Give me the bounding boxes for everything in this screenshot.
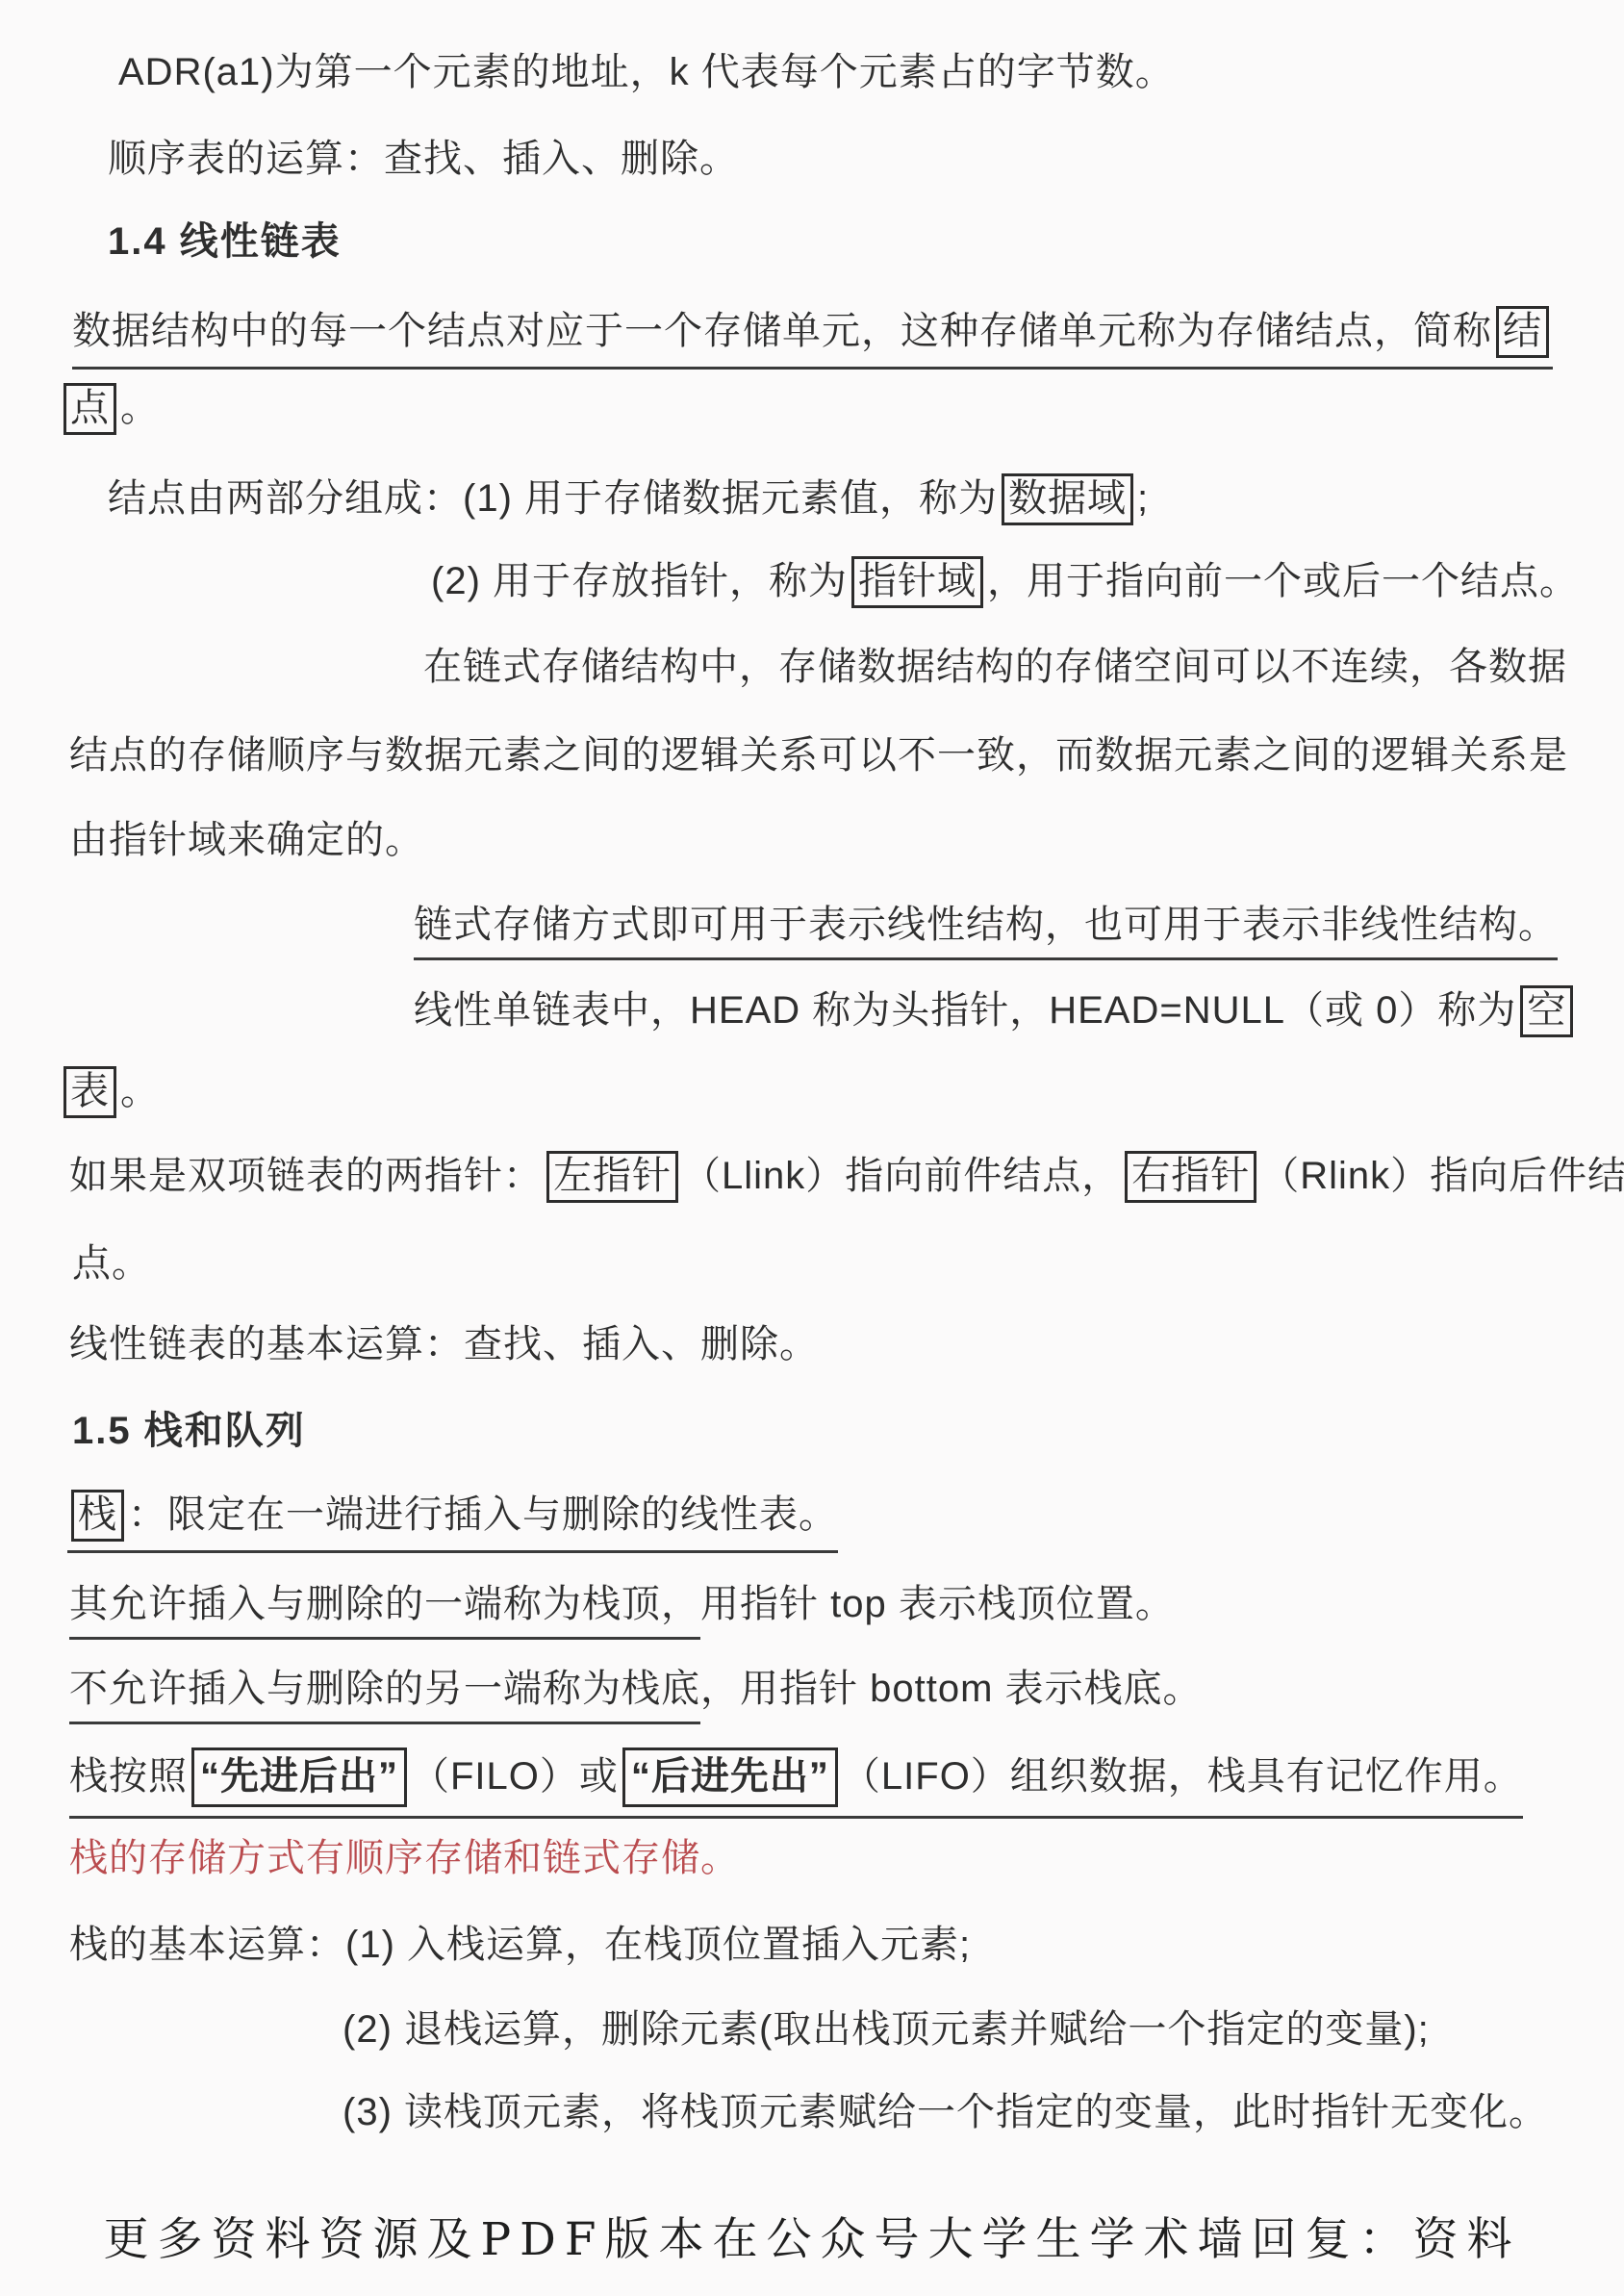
text-segment: ：限定在一端进行插入与删除的线性表。 bbox=[128, 1493, 838, 1536]
document-line: 点。 bbox=[72, 1239, 151, 1288]
text-segment: ，用指针 bottom 表示栈底。 bbox=[700, 1668, 1203, 1710]
document-line: ADR(a1)为第一个元素的地址，k 代表每个元素占的字节数。 bbox=[118, 48, 1175, 96]
document-line: 栈的基本运算：(1) 入栈运算，在栈顶位置插入元素; bbox=[69, 1921, 971, 1969]
text-segment: 栈的存储方式有顺序存储和链式存储。 bbox=[69, 1837, 740, 1879]
section-heading: 1.5 栈和队列 bbox=[72, 1407, 306, 1455]
text-segment: (2) 退栈运算，删除元素(取出栈顶元素并赋给一个指定的变量); bbox=[343, 2008, 1430, 2051]
text-segment: 由指针域来确定的。 bbox=[69, 819, 424, 861]
text-segment: 用指针 top 表示栈顶位置。 bbox=[700, 1583, 1175, 1625]
boxed-term: “后进先出” bbox=[622, 1748, 838, 1807]
document-line: 栈：限定在一端进行插入与删除的线性表。 bbox=[67, 1490, 838, 1553]
document-line: 线性单链表中，HEAD 称为头指针，HEAD=NULL（或 0）称为空 bbox=[414, 985, 1577, 1037]
document-page: ADR(a1)为第一个元素的地址，k 代表每个元素占的字节数。顺序表的运算：查找… bbox=[0, 0, 1624, 2296]
document-line: 数据结构中的每一个结点对应于一个存储单元，这种存储单元称为存储结点，简称结 bbox=[72, 306, 1553, 370]
text-segment: （Rlink）指向后件结 bbox=[1260, 1155, 1624, 1197]
document-line: 表。 bbox=[60, 1066, 160, 1118]
document-line: 栈按照“先进后出”（FILO）或“后进先出”（LIFO）组织数据，栈具有记忆作用… bbox=[69, 1748, 1523, 1819]
text-segment: 数据结构中的每一个结点对应于一个存储单元，这种存储单元称为存储结点，简称 bbox=[72, 310, 1492, 352]
underlined-passage: 数据结构中的每一个结点对应于一个存储单元，这种存储单元称为存储结点，简称结 bbox=[72, 306, 1553, 370]
document-line: 不允许插入与删除的另一端称为栈底，用指针 bottom 表示栈底。 bbox=[69, 1665, 1203, 1724]
boxed-term: 右指针 bbox=[1125, 1151, 1256, 1203]
document-line: 在链式存储结构中，存储数据结构的存储空间可以不连续，各数据 bbox=[423, 643, 1567, 691]
boxed-term: 指针域 bbox=[851, 556, 983, 608]
boxed-term: 左指针 bbox=[546, 1151, 678, 1203]
boxed-term: 空 bbox=[1520, 985, 1573, 1037]
text-segment: 结点的存储顺序与数据元素之间的逻辑关系可以不一致，而数据元素之间的逻辑关系是 bbox=[69, 734, 1568, 777]
text-segment: 如果是双项链表的两指针： bbox=[69, 1155, 543, 1197]
text-segment: 点。 bbox=[72, 1242, 151, 1285]
document-line: 其允许插入与删除的一端称为栈顶，用指针 top 表示栈顶位置。 bbox=[69, 1580, 1175, 1640]
document-line: (2) 退栈运算，删除元素(取出栈顶元素并赋给一个指定的变量); bbox=[343, 2005, 1430, 2054]
document-line: (2) 用于存放指针，称为指针域，用于指向前一个或后一个结点。 bbox=[431, 556, 1579, 608]
text-segment: (3) 读栈顶元素，将栈顶元素赋给一个指定的变量，此时指针无变化。 bbox=[343, 2091, 1548, 2133]
document-line: 点。 bbox=[60, 383, 160, 435]
boxed-term: 栈 bbox=[71, 1490, 124, 1542]
text-segment: 栈的基本运算：(1) 入栈运算，在栈顶位置插入元素; bbox=[69, 1924, 971, 1966]
text-segment: 。 bbox=[120, 387, 160, 429]
boxed-term: 点 bbox=[63, 383, 116, 435]
document-line: 如果是双项链表的两指针：左指针（Llink）指向前件结点，右指针（Rlink）指… bbox=[69, 1151, 1624, 1203]
text-segment: 链式存储方式即可用于表示线性结构，也可用于表示非线性结构。 bbox=[414, 904, 1558, 946]
text-segment: ADR(a1)为第一个元素的地址，k 代表每个元素占的字节数。 bbox=[118, 51, 1175, 93]
boxed-term: 结 bbox=[1496, 306, 1549, 358]
text-segment: 结点由两部分组成：(1) 用于存储数据元素值，称为 bbox=[108, 477, 998, 520]
text-segment: （LIFO）组织数据，栈具有记忆作用。 bbox=[842, 1755, 1523, 1798]
underlined-passage: 链式存储方式即可用于表示线性结构，也可用于表示非线性结构。 bbox=[414, 901, 1558, 960]
document-line: 链式存储方式即可用于表示线性结构，也可用于表示非线性结构。 bbox=[414, 901, 1558, 960]
document-line: 顺序表的运算：查找、插入、删除。 bbox=[108, 135, 739, 183]
text-segment: ，用于指向前一个或后一个结点。 bbox=[987, 560, 1579, 602]
document-line: 栈的存储方式有顺序存储和链式存储。 bbox=[69, 1834, 740, 1882]
text-segment: 在链式存储结构中，存储数据结构的存储空间可以不连续，各数据 bbox=[423, 646, 1567, 688]
boxed-term: 数据域 bbox=[1002, 473, 1133, 525]
text-segment: 不允许插入与删除的另一端称为栈底 bbox=[69, 1665, 700, 1724]
document-line: (3) 读栈顶元素，将栈顶元素赋给一个指定的变量，此时指针无变化。 bbox=[343, 2088, 1548, 2136]
text-segment: （FILO）或 bbox=[411, 1755, 619, 1798]
section-heading: 1.4 线性链表 bbox=[108, 217, 342, 266]
document-line: 结点由两部分组成：(1) 用于存储数据元素值，称为数据域; bbox=[108, 473, 1149, 525]
text-segment: ; bbox=[1137, 477, 1149, 520]
boxed-term: “先进后出” bbox=[191, 1748, 407, 1807]
text-segment: 线性单链表中，HEAD 称为头指针，HEAD=NULL（或 0）称为 bbox=[414, 989, 1516, 1032]
text-segment: 栈按照 bbox=[69, 1755, 188, 1798]
text-segment: (2) 用于存放指针，称为 bbox=[431, 560, 848, 602]
footer-note: 更多资料资源及PDF版本在公众号大学生学术墙回复：资料 bbox=[0, 2204, 1624, 2268]
underlined-passage: 栈按照“先进后出”（FILO）或“后进先出”（LIFO）组织数据，栈具有记忆作用… bbox=[69, 1748, 1523, 1819]
text-segment: 线性链表的基本运算：查找、插入、删除。 bbox=[69, 1323, 819, 1365]
document-line: 由指针域来确定的。 bbox=[69, 816, 424, 864]
text-segment: （Llink）指向前件结点， bbox=[682, 1155, 1121, 1197]
underlined-passage: 栈：限定在一端进行插入与删除的线性表。 bbox=[67, 1490, 838, 1553]
text-segment: 1.5 栈和队列 bbox=[72, 1410, 306, 1452]
document-line: 结点的存储顺序与数据元素之间的逻辑关系可以不一致，而数据元素之间的逻辑关系是 bbox=[69, 731, 1568, 779]
text-segment: 1.4 线性链表 bbox=[108, 220, 342, 263]
text-segment: 其允许插入与删除的一端称为栈顶， bbox=[69, 1580, 700, 1640]
document-line: 线性链表的基本运算：查找、插入、删除。 bbox=[69, 1320, 819, 1368]
text-segment: 。 bbox=[120, 1070, 160, 1112]
text-segment: 顺序表的运算：查找、插入、删除。 bbox=[108, 138, 739, 180]
boxed-term: 表 bbox=[63, 1066, 116, 1118]
